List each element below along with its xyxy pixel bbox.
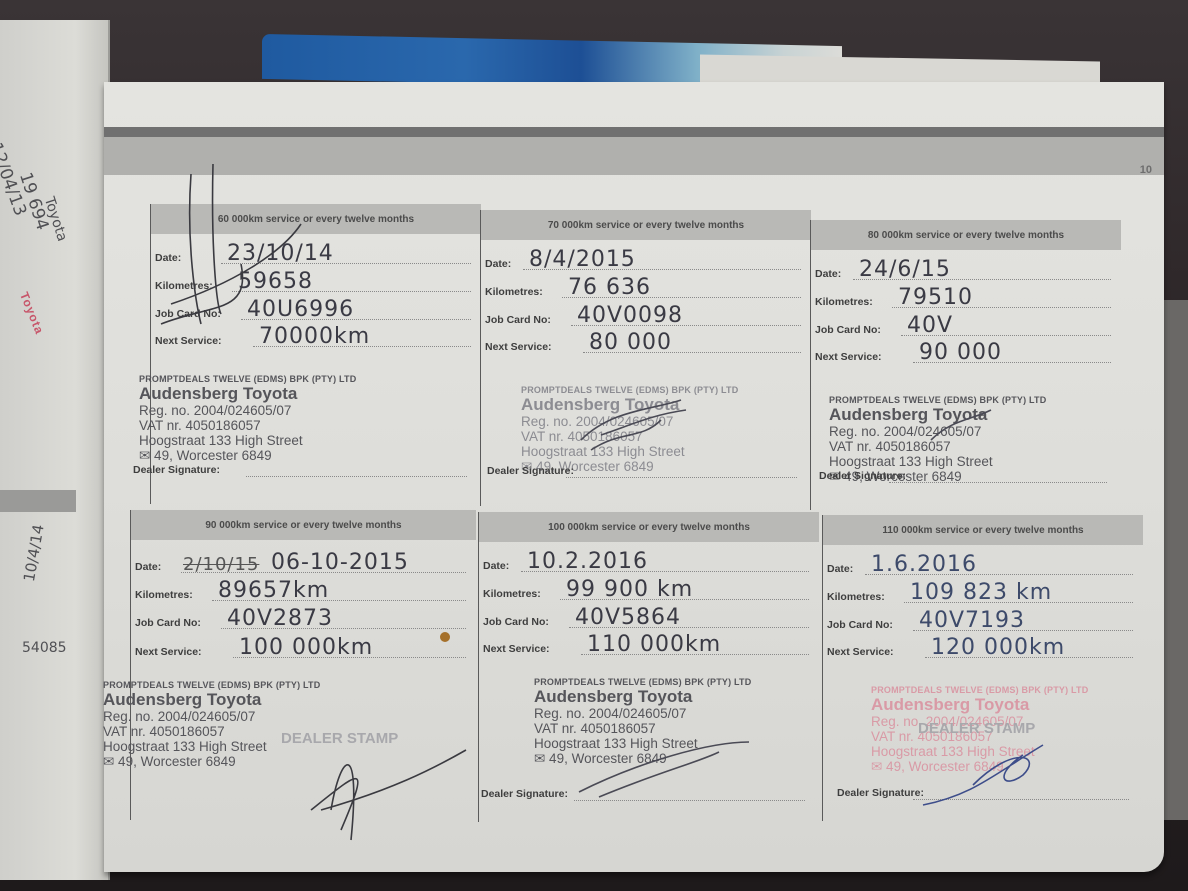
next-service-value: 100 000km xyxy=(239,635,373,660)
next-service-value: 120 000km xyxy=(931,635,1065,660)
dealer-stamp: PROMPTDEALS TWELVE (EDMS) BPK (PTY) LTDA… xyxy=(534,677,751,767)
next-service-row: Next Service: 70000km xyxy=(151,327,471,349)
signature-scribble xyxy=(479,512,639,632)
dealer-signature-line xyxy=(246,476,467,477)
dealer-stamp: PROMPTDEALS TWELVE (EDMS) BPK (PTY) LTDA… xyxy=(521,385,738,475)
service-card: 70 000km service or every twelve months … xyxy=(480,210,811,506)
next-service-label: Next Service: xyxy=(815,351,882,363)
service-card: 100 000km service or every twelve months… xyxy=(478,512,819,822)
left-facing-page: 12/04/13 19 694 Toyota Toyota 10/4/14 54… xyxy=(0,20,110,880)
page-number: 10 xyxy=(1140,164,1152,176)
service-card: 80 000km service or every twelve months … xyxy=(810,220,1121,510)
next-service-row: Next Service: 120 000km xyxy=(823,638,1133,660)
signature-scribble xyxy=(823,515,983,635)
next-service-label: Next Service: xyxy=(155,335,222,347)
service-card: 60 000km service or every twelve months … xyxy=(150,204,481,504)
dealer-signature-line xyxy=(566,477,797,478)
header-band-dark xyxy=(104,127,1164,137)
next-service-value: 110 000km xyxy=(587,632,721,657)
left-red-stamp: Toyota xyxy=(17,290,47,336)
next-service-row: Next Service: 90 000 xyxy=(811,343,1111,365)
dealer-signature-label: Dealer Signature: xyxy=(481,788,568,800)
signature-scribble xyxy=(811,220,971,340)
dealer-signature-line xyxy=(574,800,805,801)
left-header-band xyxy=(0,490,76,512)
left-note: 54085 xyxy=(22,640,67,656)
signature-scribble xyxy=(131,510,291,630)
next-service-value: 90 000 xyxy=(919,340,1002,365)
signature-scribble xyxy=(481,210,641,330)
service-card: 90 000km service or every twelve months … xyxy=(130,510,476,820)
dealer-signature-line xyxy=(889,482,1107,483)
left-note: 10/4/14 xyxy=(20,523,48,583)
page-edge-shadow xyxy=(1160,300,1188,820)
next-service-label: Next Service: xyxy=(135,646,202,658)
dealer-stamp-placeholder: DEALER STAMP xyxy=(281,730,398,747)
next-service-row: Next Service: 100 000km xyxy=(131,638,466,660)
dealer-signature-label: Dealer Signature: xyxy=(837,787,924,799)
next-service-row: Next Service: 80 000 xyxy=(481,333,801,355)
dealer-stamp: PROMPTDEALS TWELVE (EDMS) BPK (PTY) LTDA… xyxy=(103,680,320,770)
dealer-signature-label: Dealer Signature: xyxy=(133,464,220,476)
next-service-label: Next Service: xyxy=(485,341,552,353)
dealer-signature-label: Dealer Signature: xyxy=(487,465,574,477)
next-service-label: Next Service: xyxy=(483,643,550,655)
dealer-signature-label: Dealer Signature: xyxy=(819,470,906,482)
dealer-stamp: PROMPTDEALS TWELVE (EDMS) BPK (PTY) LTDA… xyxy=(139,374,356,464)
header-band xyxy=(104,137,1164,175)
date-value: 06-10-2015 xyxy=(271,550,409,575)
next-service-row: Next Service: 110 000km xyxy=(479,635,809,657)
stain-mark xyxy=(440,632,450,642)
service-card: 110 000km service or every twelve months… xyxy=(822,515,1143,821)
dealer-stamp-placeholder: DEALER STAMP xyxy=(918,720,1035,737)
next-service-value: 70000km xyxy=(259,324,370,349)
signature-scribble xyxy=(151,204,311,324)
next-service-value: 80 000 xyxy=(589,330,672,355)
next-service-label: Next Service: xyxy=(827,646,894,658)
